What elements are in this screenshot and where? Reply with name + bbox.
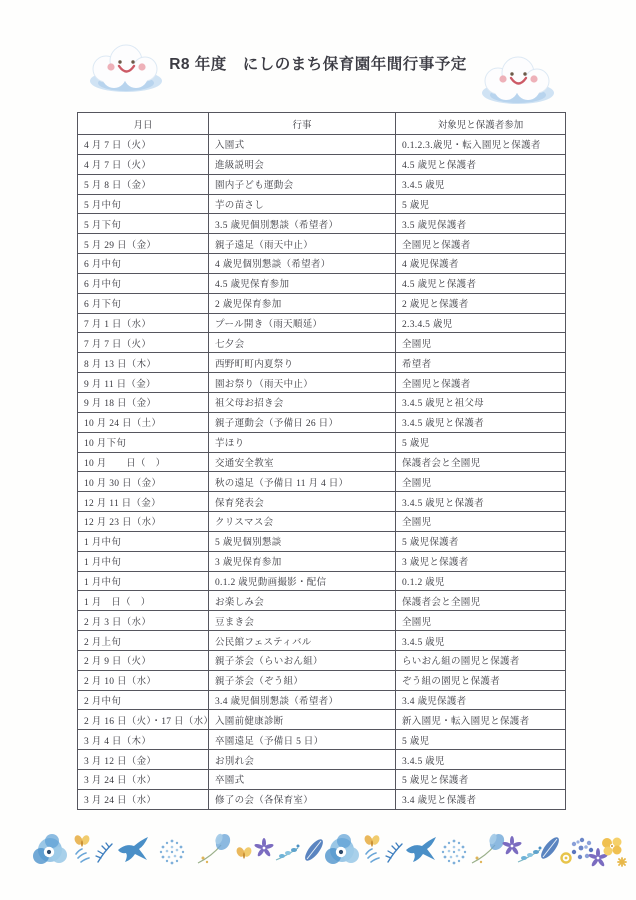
audience-cell: ぞう組の園児と保護者 bbox=[396, 670, 566, 690]
date-cell: 12 月 11 日（金） bbox=[78, 492, 209, 512]
table-row: 9 月 18 日（金）祖父母お招き会3.4.5 歳児と祖父母 bbox=[78, 392, 566, 412]
audience-cell: 3.4 歳児保護者 bbox=[396, 690, 566, 710]
audience-cell: 4.5 歳児と保護者 bbox=[396, 154, 566, 174]
event-cell: プール開き（雨天順延） bbox=[209, 313, 396, 333]
table-row: 2 月上旬公民館フェスティバル3.4.5 歳児 bbox=[78, 631, 566, 651]
date-cell: 3 月 24 日（水） bbox=[78, 770, 209, 790]
table-row: 8 月 13 日（木）西野町町内夏祭り希望者 bbox=[78, 353, 566, 373]
table-row: 3 月 24 日（水）修了の会（各保育室）3.4 歳児と保護者 bbox=[78, 789, 566, 809]
fern-icon bbox=[96, 843, 112, 862]
table-row: 10 月下旬芋ほり5 歳児 bbox=[78, 432, 566, 452]
audience-cell: 保護者会と全園児 bbox=[396, 591, 566, 611]
event-cell: 親子遠足（雨天中止） bbox=[209, 234, 396, 254]
event-cell: 3 歳児保育参加 bbox=[209, 551, 396, 571]
date-cell: 12 月 23 日（水） bbox=[78, 512, 209, 532]
event-cell: 公民館フェスティバル bbox=[209, 631, 396, 651]
event-cell: 七夕会 bbox=[209, 333, 396, 353]
event-cell: お別れ会 bbox=[209, 750, 396, 770]
audience-cell: 5 歳児と保護者 bbox=[396, 770, 566, 790]
event-cell: 進級説明会 bbox=[209, 154, 396, 174]
event-cell: 2 歳児保育参加 bbox=[209, 293, 396, 313]
dashes-icon bbox=[366, 849, 379, 862]
leaf-sprig-icon bbox=[518, 847, 542, 863]
table-row: 1 月 日（ ）お楽しみ会保護者会と全園児 bbox=[78, 591, 566, 611]
table-row: 3 月 4 日（木）卒園遠足（予備日 5 日）5 歳児 bbox=[78, 730, 566, 750]
table-row: 2 月 16 日（火）・17 日（水）入園前健康診断新入園児・転入園児と保護者 bbox=[78, 710, 566, 730]
tulip-icon bbox=[198, 831, 233, 863]
date-cell: 1 月 日（ ） bbox=[78, 591, 209, 611]
table-row: 6 月下旬2 歳児保育参加2 歳児と保護者 bbox=[78, 293, 566, 313]
event-cell: お楽しみ会 bbox=[209, 591, 396, 611]
audience-cell: 5 歳児 bbox=[396, 432, 566, 452]
sparkle-icon bbox=[618, 858, 626, 866]
table-row: 6 月中旬4 歳児個別懇談（希望者）4 歳児保護者 bbox=[78, 254, 566, 274]
date-cell: 10 月下旬 bbox=[78, 432, 209, 452]
table-row: 7 月 7 日（火）七夕会全園児 bbox=[78, 333, 566, 353]
audience-cell: 3.4.5 歳児 bbox=[396, 174, 566, 194]
date-cell: 9 月 18 日（金） bbox=[78, 392, 209, 412]
table-row: 2 月中旬3.4 歳児個別懇談（希望者）3.4 歳児保護者 bbox=[78, 690, 566, 710]
star-flower-icon bbox=[254, 838, 274, 857]
date-cell: 2 月中旬 bbox=[78, 690, 209, 710]
date-cell: 9 月 11 日（金） bbox=[78, 373, 209, 393]
audience-cell: 4.5 歳児と保護者 bbox=[396, 273, 566, 293]
table-row: 5 月 8 日（金）園内子ども運動会3.4.5 歳児 bbox=[78, 174, 566, 194]
ring-flower-icon bbox=[562, 854, 571, 863]
event-cell: 卒園式 bbox=[209, 770, 396, 790]
column-header-1: 行事 bbox=[209, 113, 396, 135]
feather-icon bbox=[538, 835, 562, 862]
table-row: 10 月 日（ ）交通安全教室保護者会と全園児 bbox=[78, 452, 566, 472]
audience-cell: 5 歳児保護者 bbox=[396, 531, 566, 551]
audience-cell: 3.5 歳児保護者 bbox=[396, 214, 566, 234]
audience-cell: 希望者 bbox=[396, 353, 566, 373]
event-cell: 4.5 歳児保育参加 bbox=[209, 273, 396, 293]
date-cell: 10 月 24 日（土） bbox=[78, 412, 209, 432]
event-cell: 入園式 bbox=[209, 135, 396, 155]
date-cell: 5 月下旬 bbox=[78, 214, 209, 234]
audience-cell: 3.4.5 歳児 bbox=[396, 631, 566, 651]
audience-cell: 3.4.5 歳児と祖父母 bbox=[396, 392, 566, 412]
date-cell: 3 月 4 日（木） bbox=[78, 730, 209, 750]
date-cell: 5 月中旬 bbox=[78, 194, 209, 214]
table-row: 3 月 12 日（金）お別れ会3.4.5 歳児 bbox=[78, 750, 566, 770]
date-cell: 8 月 13 日（木） bbox=[78, 353, 209, 373]
table-row: 1 月中旬5 歳児個別懇談5 歳児保護者 bbox=[78, 531, 566, 551]
column-header-2: 対象児と保護者参加 bbox=[396, 113, 566, 135]
date-cell: 4 月 7 日（火） bbox=[78, 154, 209, 174]
date-cell: 5 月 8 日（金） bbox=[78, 174, 209, 194]
table-row: 12 月 23 日（水）クリスマス会全園児 bbox=[78, 512, 566, 532]
table-row: 5 月中旬芋の苗さし5 歳児 bbox=[78, 194, 566, 214]
butterfly-icon bbox=[73, 834, 91, 847]
document-page: R8 年度 にしのまち保育園年間行事予定 月日行事対象児と保護者参加 4 月 7… bbox=[0, 0, 636, 900]
event-cell: 祖父母お招き会 bbox=[209, 392, 396, 412]
event-cell: 0.1.2 歳児動画撮影・配信 bbox=[209, 571, 396, 591]
event-cell: 入園前健康診断 bbox=[209, 710, 396, 730]
date-cell: 3 月 24 日（水） bbox=[78, 789, 209, 809]
date-cell: 10 月 30 日（金） bbox=[78, 472, 209, 492]
date-cell: 7 月 7 日（火） bbox=[78, 333, 209, 353]
tulip-icon bbox=[472, 831, 507, 863]
table-row: 10 月 30 日（金）秋の遠足（予備日 11 月 4 日）全園児 bbox=[78, 472, 566, 492]
date-cell: 1 月中旬 bbox=[78, 531, 209, 551]
event-cell: 親子茶会（ぞう組） bbox=[209, 670, 396, 690]
audience-cell: 5 歳児 bbox=[396, 730, 566, 750]
star-flower-icon bbox=[502, 836, 522, 855]
fern-icon bbox=[386, 843, 402, 862]
pansy-icon bbox=[602, 838, 622, 856]
flower-icon bbox=[33, 834, 67, 864]
audience-cell: 2.3.4.5 歳児 bbox=[396, 313, 566, 333]
table-row: 9 月 11 日（金）園お祭り（雨天中止）全園児と保護者 bbox=[78, 373, 566, 393]
date-cell: 2 月 3 日（水） bbox=[78, 611, 209, 631]
table-row: 1 月中旬0.1.2 歳児動画撮影・配信0.1.2 歳児 bbox=[78, 571, 566, 591]
table-row: 3 月 24 日（水）卒園式5 歳児と保護者 bbox=[78, 770, 566, 790]
date-cell: 7 月 1 日（水） bbox=[78, 313, 209, 333]
date-cell: 1 月中旬 bbox=[78, 571, 209, 591]
date-cell: 2 月 10 日（水） bbox=[78, 670, 209, 690]
date-cell: 6 月下旬 bbox=[78, 293, 209, 313]
page-title: R8 年度 にしのまち保育園年間行事予定 bbox=[169, 52, 467, 74]
event-cell: 卒園遠足（予備日 5 日） bbox=[209, 730, 396, 750]
audience-cell: 全園児と保護者 bbox=[396, 234, 566, 254]
table-row: 4 月 7 日（火）入園式0.1.2.3.歳児・転入園児と保護者 bbox=[78, 135, 566, 155]
date-cell: 6 月中旬 bbox=[78, 254, 209, 274]
table-row: 5 月 29 日（金）親子遠足（雨天中止）全園児と保護者 bbox=[78, 234, 566, 254]
table-row: 4 月 7 日（火）進級説明会4.5 歳児と保護者 bbox=[78, 154, 566, 174]
audience-cell: らいおん組の園児と保護者 bbox=[396, 650, 566, 670]
feather-icon bbox=[302, 837, 326, 864]
event-cell: 親子茶会（らいおん組） bbox=[209, 650, 396, 670]
column-header-0: 月日 bbox=[78, 113, 209, 135]
audience-cell: 全園児 bbox=[396, 512, 566, 532]
butterfly-icon bbox=[235, 846, 253, 859]
smiling-cloud-icon bbox=[84, 36, 168, 96]
audience-cell: 全園児 bbox=[396, 333, 566, 353]
table-row: 5 月下旬3.5 歳児個別懇談（希望者）3.5 歳児保護者 bbox=[78, 214, 566, 234]
date-cell: 4 月 7 日（火） bbox=[78, 135, 209, 155]
date-cell: 2 月 9 日（火） bbox=[78, 650, 209, 670]
table-row: 6 月中旬4.5 歳児保育参加4.5 歳児と保護者 bbox=[78, 273, 566, 293]
date-cell: 6 月中旬 bbox=[78, 273, 209, 293]
event-cell: 園内子ども運動会 bbox=[209, 174, 396, 194]
butterfly-icon bbox=[363, 834, 381, 847]
audience-cell: 3.4 歳児と保護者 bbox=[396, 789, 566, 809]
date-cell: 5 月 29 日（金） bbox=[78, 234, 209, 254]
header: R8 年度 にしのまち保育園年間行事予定 bbox=[0, 0, 636, 110]
event-cell: 保育発表会 bbox=[209, 492, 396, 512]
event-cell: 交通安全教室 bbox=[209, 452, 396, 472]
audience-cell: 3.4.5 歳児 bbox=[396, 750, 566, 770]
table-row: 12 月 11 日（金）保育発表会3.4.5 歳児と保護者 bbox=[78, 492, 566, 512]
table-row: 7 月 1 日（水）プール開き（雨天順延）2.3.4.5 歳児 bbox=[78, 313, 566, 333]
event-cell: 3.5 歳児個別懇談（希望者） bbox=[209, 214, 396, 234]
audience-cell: 全園児と保護者 bbox=[396, 373, 566, 393]
bird-icon bbox=[118, 837, 148, 862]
dotted-ball-icon bbox=[442, 840, 466, 865]
schedule-table-body: 4 月 7 日（火）入園式0.1.2.3.歳児・転入園児と保護者4 月 7 日（… bbox=[78, 135, 566, 810]
flower-icon bbox=[325, 834, 359, 864]
table-row: 1 月中旬3 歳児保育参加3 歳児と保護者 bbox=[78, 551, 566, 571]
audience-cell: 0.1.2 歳児 bbox=[396, 571, 566, 591]
date-cell: 3 月 12 日（金） bbox=[78, 750, 209, 770]
bird-icon bbox=[406, 837, 436, 862]
date-cell: 10 月 日（ ） bbox=[78, 452, 209, 472]
audience-cell: 0.1.2.3.歳児・転入園児と保護者 bbox=[396, 135, 566, 155]
audience-cell: 新入園児・転入園児と保護者 bbox=[396, 710, 566, 730]
date-cell: 1 月中旬 bbox=[78, 551, 209, 571]
event-cell: 西野町町内夏祭り bbox=[209, 353, 396, 373]
audience-cell: 全園児 bbox=[396, 611, 566, 631]
audience-cell: 3.4.5 歳児と保護者 bbox=[396, 492, 566, 512]
event-cell: 修了の会（各保育室） bbox=[209, 789, 396, 809]
date-cell: 2 月上旬 bbox=[78, 631, 209, 651]
event-cell: 豆まき会 bbox=[209, 611, 396, 631]
event-cell: 芋の苗さし bbox=[209, 194, 396, 214]
event-cell: 3.4 歳児個別懇談（希望者） bbox=[209, 690, 396, 710]
audience-cell: 4 歳児保護者 bbox=[396, 254, 566, 274]
date-cell: 2 月 16 日（火）・17 日（水） bbox=[78, 710, 209, 730]
leaf-sprig-icon bbox=[276, 845, 300, 861]
floral-border bbox=[30, 828, 630, 880]
event-cell: クリスマス会 bbox=[209, 512, 396, 532]
schedule-table: 月日行事対象児と保護者参加 4 月 7 日（火）入園式0.1.2.3.歳児・転入… bbox=[77, 112, 566, 810]
event-cell: 親子運動会（予備日 26 日） bbox=[209, 412, 396, 432]
smiling-cloud-icon bbox=[476, 48, 560, 108]
event-cell: 4 歳児個別懇談（希望者） bbox=[209, 254, 396, 274]
dashes-icon bbox=[76, 849, 89, 862]
audience-cell: 3 歳児と保護者 bbox=[396, 551, 566, 571]
table-row: 2 月 10 日（水）親子茶会（ぞう組）ぞう組の園児と保護者 bbox=[78, 670, 566, 690]
audience-cell: 3.4.5 歳児と保護者 bbox=[396, 412, 566, 432]
event-cell: 芋ほり bbox=[209, 432, 396, 452]
event-cell: 秋の遠足（予備日 11 月 4 日） bbox=[209, 472, 396, 492]
audience-cell: 5 歳児 bbox=[396, 194, 566, 214]
audience-cell: 保護者会と全園児 bbox=[396, 452, 566, 472]
table-row: 10 月 24 日（土）親子運動会（予備日 26 日）3.4.5 歳児と保護者 bbox=[78, 412, 566, 432]
dotted-ball-icon bbox=[160, 840, 184, 865]
table-row: 2 月 9 日（火）親子茶会（らいおん組）らいおん組の園児と保護者 bbox=[78, 650, 566, 670]
event-cell: 園お祭り（雨天中止） bbox=[209, 373, 396, 393]
table-header-row: 月日行事対象児と保護者参加 bbox=[78, 113, 566, 135]
table-row: 2 月 3 日（水）豆まき会全園児 bbox=[78, 611, 566, 631]
event-cell: 5 歳児個別懇談 bbox=[209, 531, 396, 551]
audience-cell: 全園児 bbox=[396, 472, 566, 492]
audience-cell: 2 歳児と保護者 bbox=[396, 293, 566, 313]
